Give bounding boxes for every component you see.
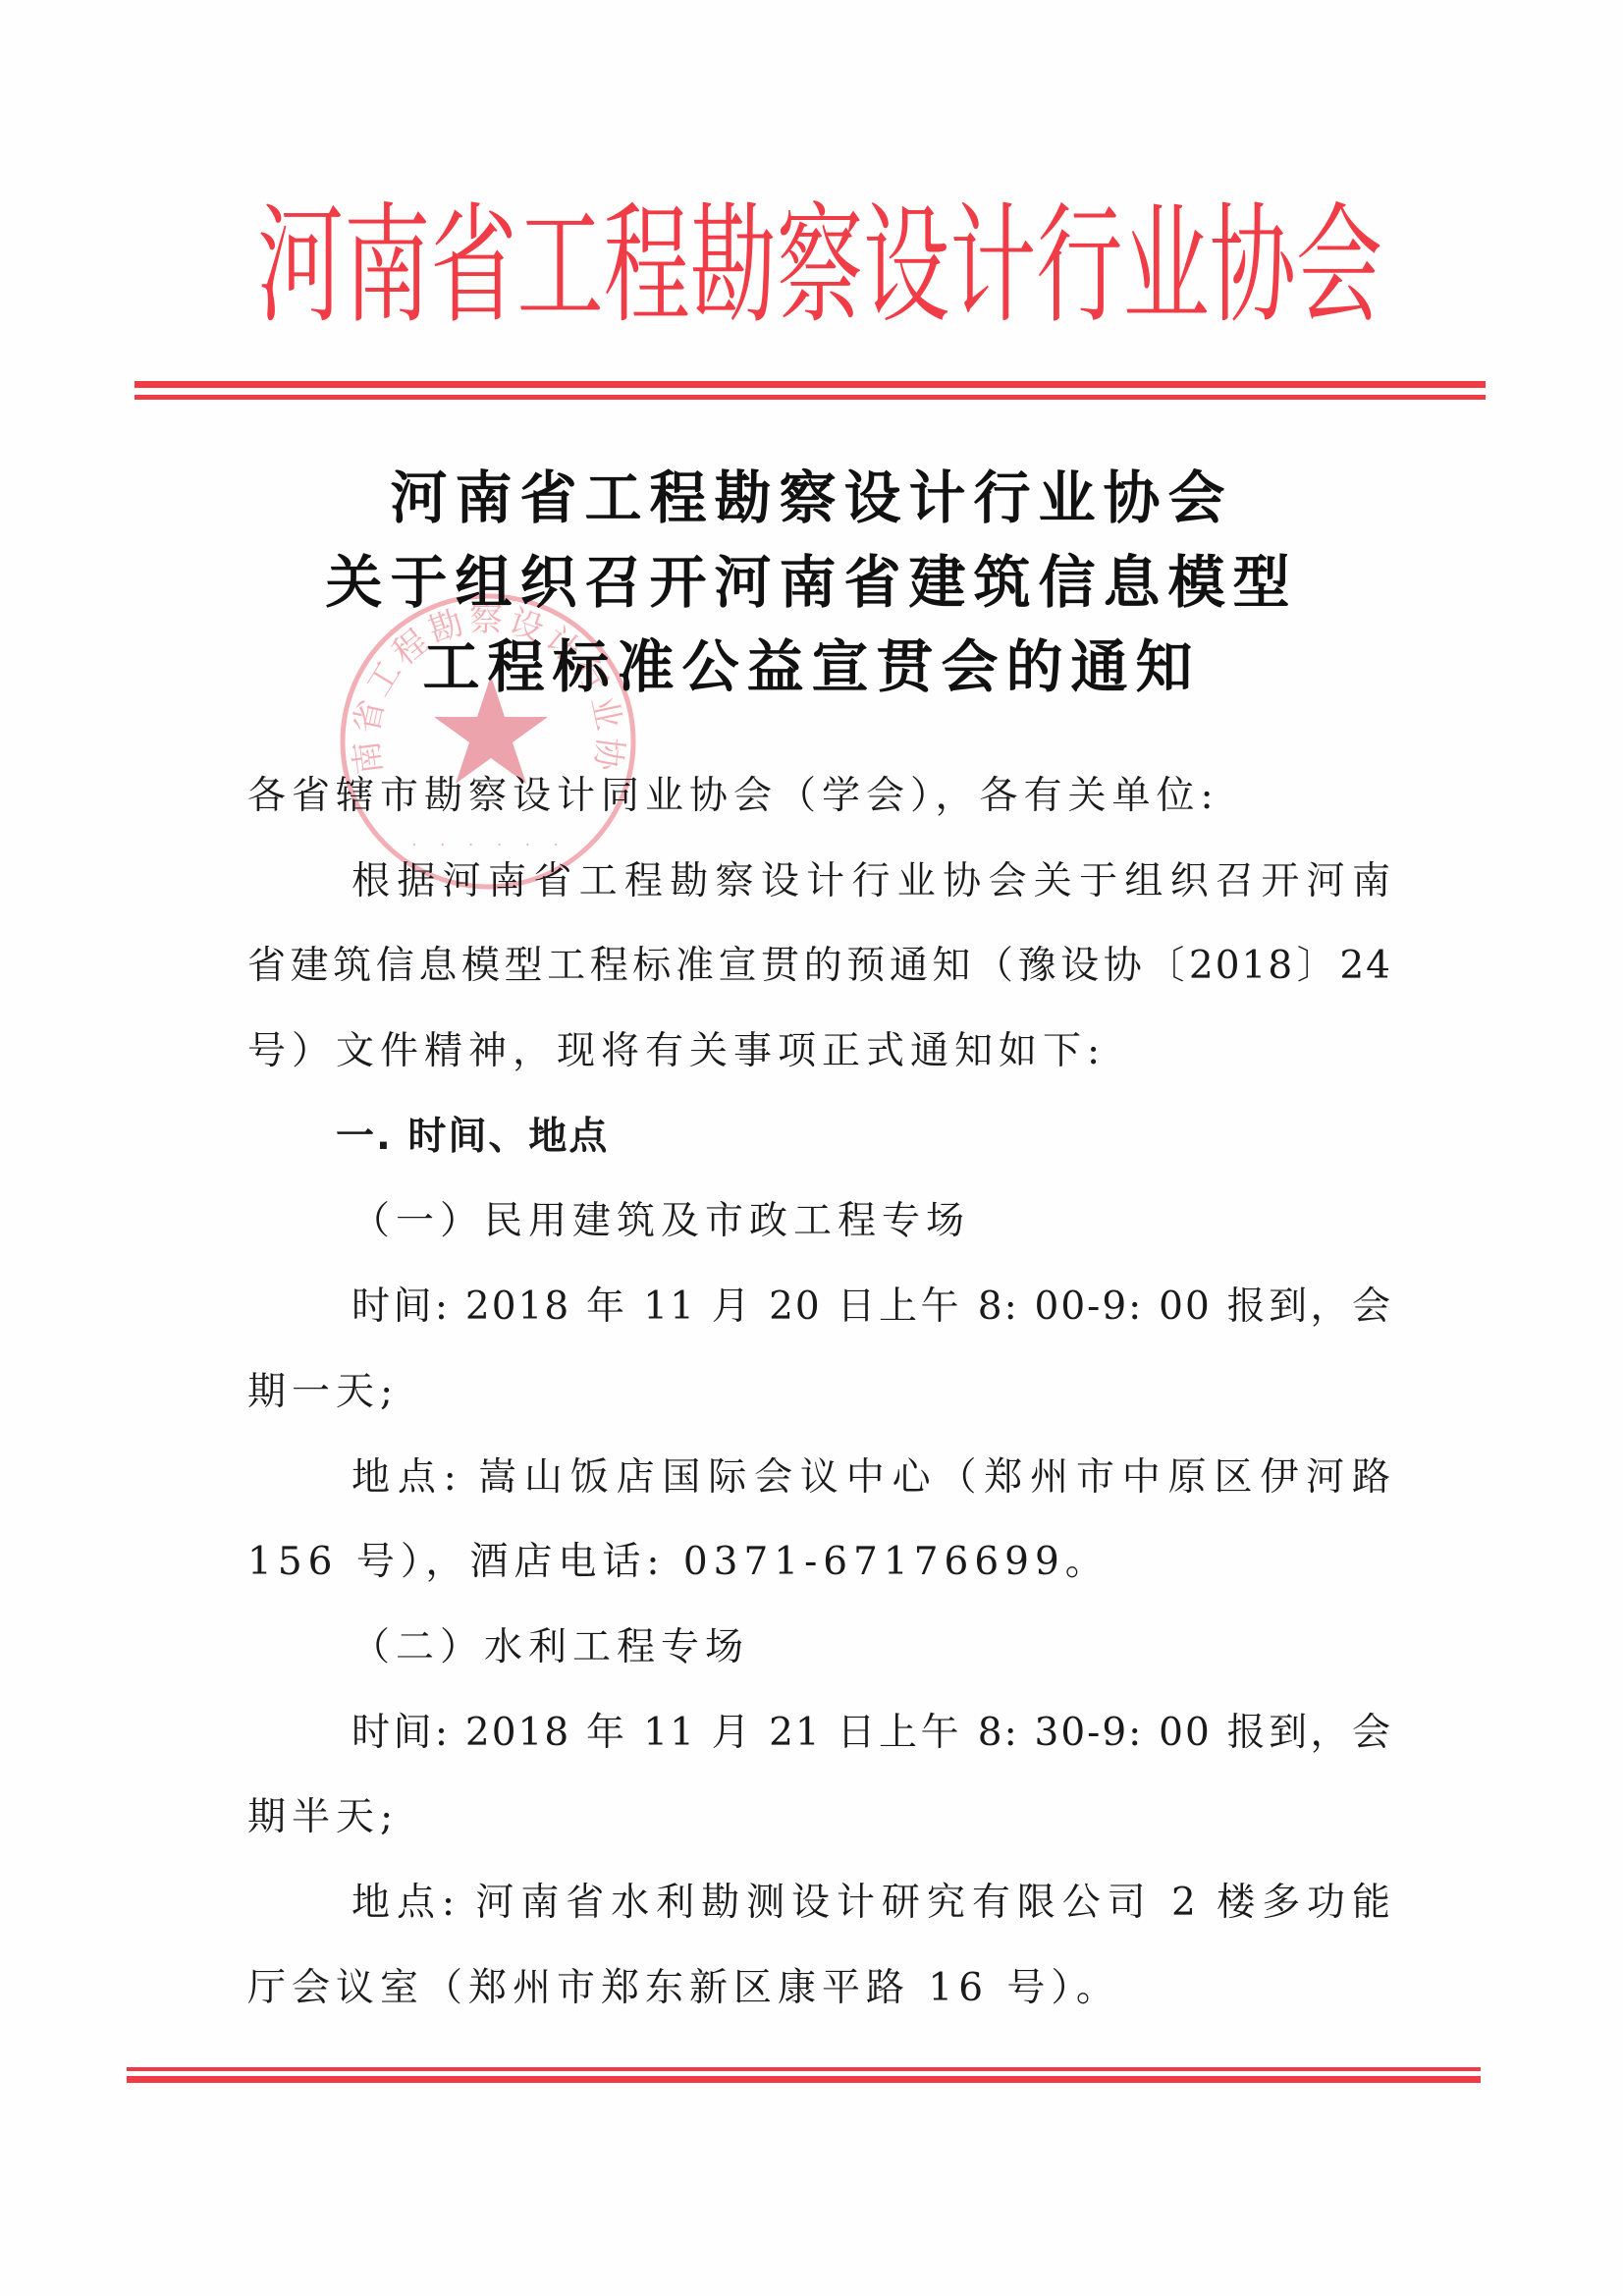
paragraph-line: 省建筑信息模型工程标准宣贯的预通知（豫设协〔2018〕24 (247, 924, 1392, 1010)
document-body: 各省辖市勘察设计同业协会（学会），各有关单位: 根据河南省工程勘察设计行业协会关… (247, 754, 1392, 2031)
document-page: 河南省工程勘察设计行业协会 河南省工程勘察设计行业协会 · · · · · · … (0, 0, 1623, 2296)
footer-rule-thick (127, 2076, 1481, 2083)
salutation: 各省辖市勘察设计同业协会（学会），各有关单位: (247, 754, 1392, 840)
session-2-time-cont: 期半天; (247, 1776, 1392, 1861)
session-2-location-cont: 厅会议室（郑州市郑东新区康平路 16 号）。 (247, 1946, 1392, 2032)
letterhead-organization: 河南省工程勘察设计行业协会 (257, 192, 1382, 340)
section-heading: 一. 时间、地点 (247, 1095, 1392, 1180)
document-title: 河南省工程勘察设计行业协会 关于组织召开河南省建筑信息模型 工程标准公益宣贯会的… (0, 456, 1623, 709)
header-rule-thick (135, 381, 1486, 388)
session-2-location: 地点: 河南省水利勘测设计研究有限公司 2 楼多功能 (247, 1861, 1392, 1946)
session-1-location-cont: 156 号），酒店电话: 0371-67176699。 (247, 1520, 1392, 1606)
header-rule-thin (135, 395, 1486, 400)
paragraph-line: 号）文件精神，现将有关事项正式通知如下: (247, 1010, 1392, 1095)
title-line-1: 河南省工程勘察设计行业协会 (0, 456, 1623, 540)
subsection-heading: （一）民用建筑及市政工程专场 (247, 1179, 1392, 1265)
session-1-time-cont: 期一天; (247, 1350, 1392, 1436)
title-line-3: 工程标准公益宣贯会的通知 (0, 625, 1623, 709)
paragraph-line: 根据河南省工程勘察设计行业协会关于组织召开河南 (247, 840, 1392, 925)
footer-rule-thin (127, 2067, 1481, 2071)
session-1-location: 地点: 嵩山饭店国际会议中心（郑州市中原区伊河路 (247, 1436, 1392, 1521)
session-1-time: 时间: 2018 年 11 月 20 日上午 8: 00-9: 00 报到，会 (247, 1265, 1392, 1350)
letterhead-title: 河南省工程勘察设计行业协会 (257, 192, 1382, 340)
session-2-time: 时间: 2018 年 11 月 21 日上午 8: 30-9: 00 报到，会 (247, 1691, 1392, 1777)
subsection-heading: （二）水利工程专场 (247, 1606, 1392, 1691)
title-line-2: 关于组织召开河南省建筑信息模型 (0, 540, 1623, 625)
